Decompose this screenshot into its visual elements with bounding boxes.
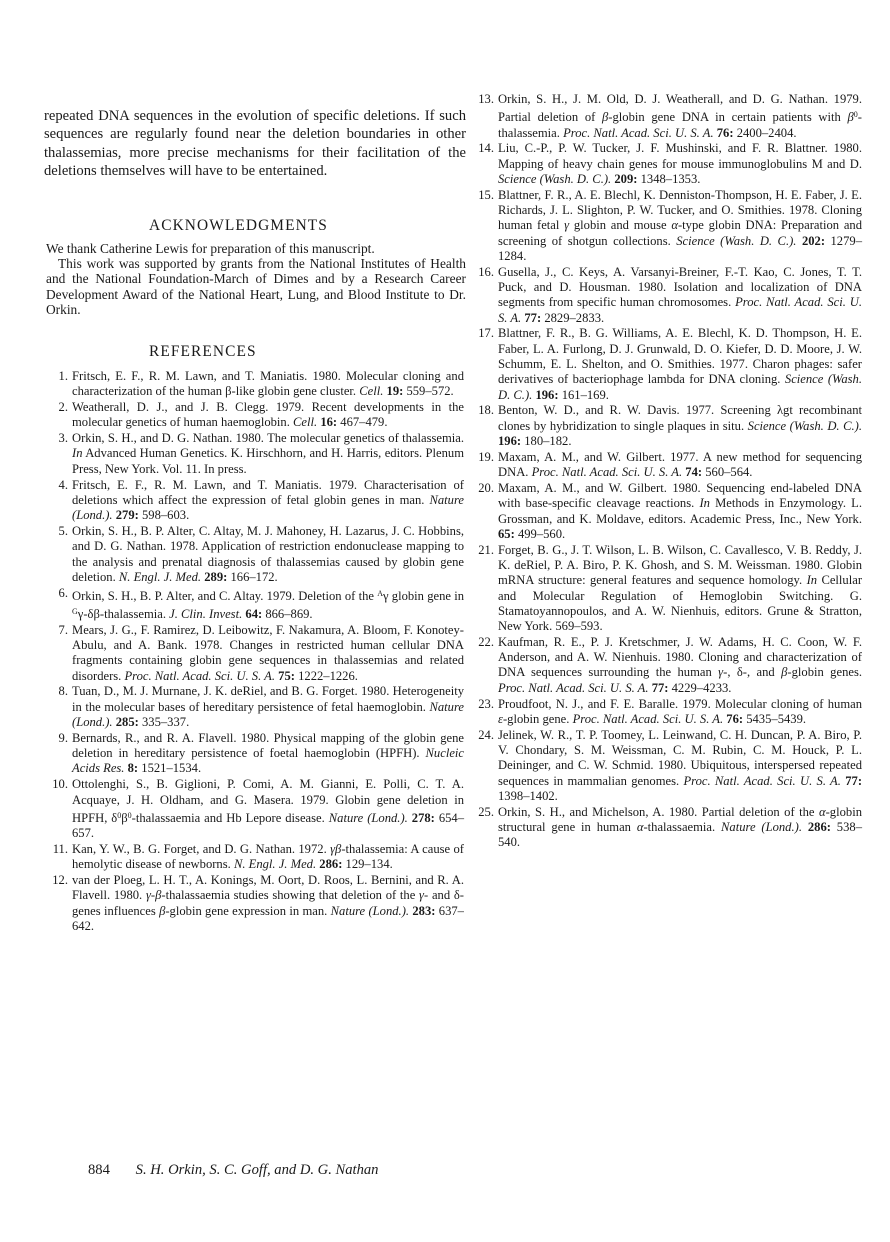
reference-number: 7. <box>44 623 68 638</box>
reference-item: 1.Fritsch, E. F., R. M. Lawn, and T. Man… <box>44 369 464 400</box>
reference-number: 18. <box>470 403 494 418</box>
reference-text: van der Ploeg, L. H. T., A. Konings, M. … <box>72 873 464 933</box>
reference-text: Kaufman, R. E., P. J. Kretschmer, J. W. … <box>498 635 862 695</box>
reference-item: 9.Bernards, R., and R. A. Flavell. 1980.… <box>44 731 464 777</box>
reference-number: 9. <box>44 731 68 746</box>
reference-text: Bernards, R., and R. A. Flavell. 1980. P… <box>72 731 464 776</box>
reference-item: 17.Blattner, F. R., B. G. Williams, A. E… <box>470 326 862 402</box>
acknowledgments-paragraph: This work was supported by grants from t… <box>46 256 466 317</box>
reference-text: Forget, B. G., J. T. Wilson, L. B. Wilso… <box>498 543 862 633</box>
reference-text: Liu, C.-P., P. W. Tucker, J. F. Mushinsk… <box>498 141 862 186</box>
reference-item: 12.van der Ploeg, L. H. T., A. Konings, … <box>44 873 464 934</box>
reference-text: Orkin, S. H., and Michelson, A. 1980. Pa… <box>498 805 862 850</box>
page-footer: 884 S. H. Orkin, S. C. Goff, and D. G. N… <box>88 1163 378 1178</box>
reference-text: Benton, W. D., and R. W. Davis. 1977. Sc… <box>498 403 862 448</box>
reference-text: Mears, J. G., F. Ramirez, D. Leibowitz, … <box>72 623 464 683</box>
reference-number: 20. <box>470 481 494 496</box>
reference-number: 13. <box>470 92 494 107</box>
reference-number: 10. <box>44 777 68 792</box>
reference-item: 16.Gusella, J., C. Keys, A. Varsanyi-Bre… <box>470 265 862 326</box>
reference-number: 3. <box>44 431 68 446</box>
reference-item: 8.Tuan, D., M. J. Murnane, J. K. deRiel,… <box>44 684 464 730</box>
reference-text: Maxam, A. M., and W. Gilbert. 1980. Sequ… <box>498 481 862 541</box>
reference-item: 20.Maxam, A. M., and W. Gilbert. 1980. S… <box>470 481 862 542</box>
reference-item: 19.Maxam, A. M., and W. Gilbert. 1977. A… <box>470 450 862 481</box>
reference-text: Blattner, F. R., A. E. Blechl, K. Dennis… <box>498 188 862 263</box>
reference-text: Maxam, A. M., and W. Gilbert. 1977. A ne… <box>498 450 862 479</box>
acknowledgments-paragraph: We thank Catherine Lewis for preparation… <box>46 241 466 256</box>
reference-text: Weatherall, D. J., and J. B. Clegg. 1979… <box>72 400 464 429</box>
lead-paragraph: repeated DNA sequences in the evolution … <box>44 107 466 181</box>
reference-number: 8. <box>44 684 68 699</box>
reference-item: 4.Fritsch, E. F., R. M. Lawn, and T. Man… <box>44 478 464 524</box>
reference-number: 17. <box>470 326 494 341</box>
reference-item: 21.Forget, B. G., J. T. Wilson, L. B. Wi… <box>470 543 862 635</box>
acknowledgments-heading: ACKNOWLEDGMENTS <box>149 218 328 233</box>
reference-text: Orkin, S. H., and D. G. Nathan. 1980. Th… <box>72 431 464 476</box>
page-number: 884 <box>88 1163 132 1178</box>
reference-number: 2. <box>44 400 68 415</box>
reference-item: 23.Proudfoot, N. J., and F. E. Baralle. … <box>470 697 862 728</box>
reference-number: 6. <box>44 586 68 601</box>
reference-number: 25. <box>470 805 494 820</box>
reference-number: 14. <box>470 141 494 156</box>
reference-number: 1. <box>44 369 68 384</box>
reference-item: 15.Blattner, F. R., A. E. Blechl, K. Den… <box>470 188 862 264</box>
reference-text: Orkin, S. H., B. P. Alter, C. Altay, M. … <box>72 524 464 584</box>
reference-item: 11.Kan, Y. W., B. G. Forget, and D. G. N… <box>44 842 464 873</box>
reference-item: 7.Mears, J. G., F. Ramirez, D. Leibowitz… <box>44 623 464 684</box>
reference-item: 6.Orkin, S. H., B. P. Alter, and C. Alta… <box>44 586 464 623</box>
reference-number: 19. <box>470 450 494 465</box>
reference-text: Gusella, J., C. Keys, A. Varsanyi-Breine… <box>498 265 862 325</box>
reference-item: 25.Orkin, S. H., and Michelson, A. 1980.… <box>470 805 862 851</box>
reference-text: Blattner, F. R., B. G. Williams, A. E. B… <box>498 326 862 401</box>
reference-list-left: 1.Fritsch, E. F., R. M. Lawn, and T. Man… <box>44 369 464 935</box>
references-heading: REFERENCES <box>149 344 257 359</box>
reference-item: 10.Ottolenghi, S., B. Giglioni, P. Comi,… <box>44 777 464 841</box>
reference-item: 24.Jelinek, W. R., T. P. Toomey, L. Lein… <box>470 728 862 804</box>
reference-text: Orkin, S. H., J. M. Old, D. J. Weatheral… <box>498 92 862 140</box>
reference-item: 18.Benton, W. D., and R. W. Davis. 1977.… <box>470 403 862 449</box>
reference-text: Orkin, S. H., B. P. Alter, and C. Altay.… <box>72 589 464 621</box>
acknowledgments-body: We thank Catherine Lewis for preparation… <box>46 241 466 317</box>
reference-list-right: 13.Orkin, S. H., J. M. Old, D. J. Weathe… <box>470 92 862 851</box>
reference-item: 3.Orkin, S. H., and D. G. Nathan. 1980. … <box>44 431 464 477</box>
reference-number: 12. <box>44 873 68 888</box>
reference-text: Fritsch, E. F., R. M. Lawn, and T. Mania… <box>72 369 464 398</box>
reference-number: 16. <box>470 265 494 280</box>
reference-item: 22.Kaufman, R. E., P. J. Kretschmer, J. … <box>470 635 862 696</box>
reference-number: 11. <box>44 842 68 857</box>
running-authors: S. H. Orkin, S. C. Goff, and D. G. Natha… <box>136 1162 379 1178</box>
reference-text: Proudfoot, N. J., and F. E. Baralle. 197… <box>498 697 862 726</box>
reference-number: 15. <box>470 188 494 203</box>
reference-item: 13.Orkin, S. H., J. M. Old, D. J. Weathe… <box>470 92 862 141</box>
reference-number: 24. <box>470 728 494 743</box>
reference-item: 14.Liu, C.-P., P. W. Tucker, J. F. Mushi… <box>470 141 862 187</box>
reference-item: 5.Orkin, S. H., B. P. Alter, C. Altay, M… <box>44 524 464 585</box>
reference-number: 21. <box>470 543 494 558</box>
reference-item: 2.Weatherall, D. J., and J. B. Clegg. 19… <box>44 400 464 431</box>
reference-number: 5. <box>44 524 68 539</box>
reference-number: 4. <box>44 478 68 493</box>
reference-number: 23. <box>470 697 494 712</box>
reference-text: Jelinek, W. R., T. P. Toomey, L. Leinwan… <box>498 728 862 803</box>
reference-text: Tuan, D., M. J. Murnane, J. K. deRiel, a… <box>72 684 464 729</box>
reference-text: Kan, Y. W., B. G. Forget, and D. G. Nath… <box>72 842 464 871</box>
reference-number: 22. <box>470 635 494 650</box>
reference-text: Fritsch, E. F., R. M. Lawn, and T. Mania… <box>72 478 464 523</box>
reference-text: Ottolenghi, S., B. Giglioni, P. Comi, A.… <box>72 777 464 840</box>
